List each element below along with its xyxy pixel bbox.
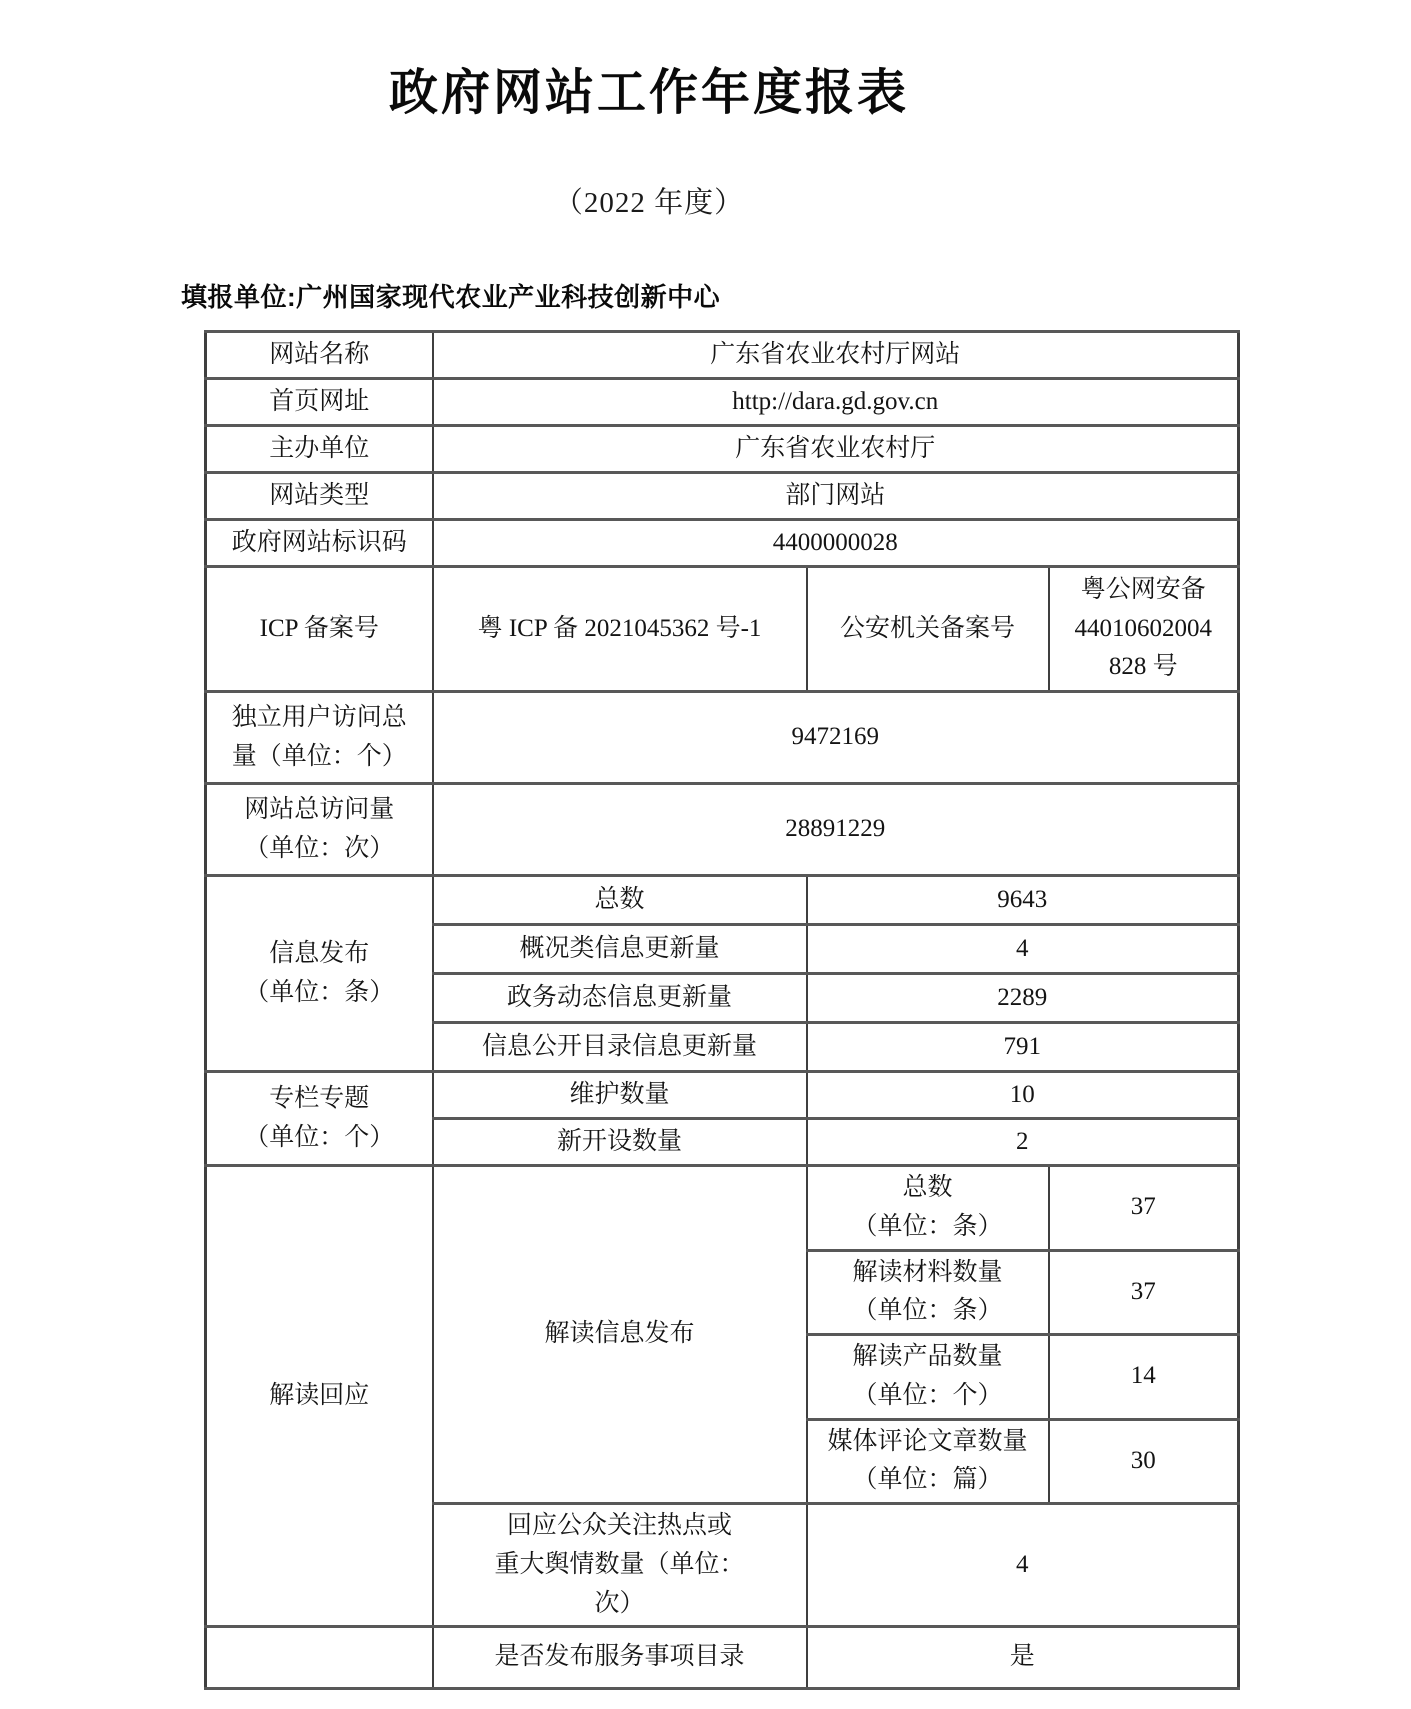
info-release-overview-label: 概况类信息更新量 [433,925,807,974]
home-url-value: http://dara.gd.gov.cn [433,379,1239,426]
info-release-gov-news-value: 2289 [807,974,1239,1023]
site-id-value: 4400000028 [433,520,1239,567]
empty-section-cell [206,1627,433,1689]
report-year-subtitle: （2022 年度） [0,180,1298,221]
row-site-id: 政府网站标识码 4400000028 [206,520,1239,567]
info-release-overview-value: 4 [807,925,1239,974]
hotspot-response-value: 4 [807,1504,1239,1627]
icp-label: ICP 备案号 [206,567,433,692]
columns-maintained-label: 维护数量 [433,1072,807,1119]
row-info-release-total: 信息发布（单位：条） 总数 9643 [206,876,1239,925]
special-columns-section-label: 专栏专题（单位：个） [206,1072,433,1166]
interpretation-media-label: 媒体评论文章数量（单位：篇） [807,1419,1049,1504]
columns-new-value: 2 [807,1119,1239,1166]
reporting-unit-label: 填报单位: [181,282,296,312]
reporting-unit-name: 广州国家现代农业产业科技创新中心 [296,282,720,312]
annual-report-table: 网站名称 广东省农业农村厅网站 首页网址 http://dara.gd.gov.… [204,330,1240,1690]
police-record-value: 粤公网安备44010602004828 号 [1049,567,1239,692]
document-page: 政府网站工作年度报表 （2022 年度） 填报单位:广州国家现代农业产业科技创新… [0,0,1411,1709]
row-home-url: 首页网址 http://dara.gd.gov.cn [206,379,1239,426]
info-release-total-value: 9643 [807,876,1239,925]
interpretation-total-value: 37 [1049,1166,1239,1251]
site-type-value: 部门网站 [433,473,1239,520]
info-release-directory-label: 信息公开目录信息更新量 [433,1023,807,1072]
interpretation-materials-value: 37 [1049,1250,1239,1335]
site-type-label: 网站类型 [206,473,433,520]
info-release-total-label: 总数 [433,876,807,925]
row-total-visits: 网站总访问量（单位：次） 28891229 [206,784,1239,876]
interpretation-subsection-label: 解读信息发布 [433,1166,807,1504]
info-release-section-label: 信息发布（单位：条） [206,876,433,1072]
columns-maintained-value: 10 [807,1072,1239,1119]
site-id-label: 政府网站标识码 [206,520,433,567]
interpretation-total-label: 总数（单位：条） [807,1166,1049,1251]
row-columns-maintained: 专栏专题（单位：个） 维护数量 10 [206,1072,1239,1119]
interpretation-products-label: 解读产品数量（单位：个） [807,1335,1049,1420]
interpretation-media-value: 30 [1049,1419,1239,1504]
total-visits-label: 网站总访问量（单位：次） [206,784,433,876]
site-name-label: 网站名称 [206,332,433,379]
row-unique-visitors: 独立用户访问总量（单位：个） 9472169 [206,692,1239,784]
sponsor-value: 广东省农业农村厅 [433,426,1239,473]
interpretation-section-label: 解读回应 [206,1166,433,1627]
service-directory-label: 是否发布服务事项目录 [433,1627,807,1689]
unique-visitors-label: 独立用户访问总量（单位：个） [206,692,433,784]
interpretation-materials-label: 解读材料数量（单位：条） [807,1250,1049,1335]
site-name-value: 广东省农业农村厅网站 [433,332,1239,379]
reporting-unit-line: 填报单位:广州国家现代农业产业科技创新中心 [181,277,720,314]
row-icp: ICP 备案号 粤 ICP 备 2021045362 号-1 公安机关备案号 粤… [206,567,1239,692]
row-site-name: 网站名称 广东省农业农村厅网站 [206,332,1239,379]
home-url-label: 首页网址 [206,379,433,426]
unique-visitors-value: 9472169 [433,692,1239,784]
total-visits-value: 28891229 [433,784,1239,876]
police-record-label: 公安机关备案号 [807,567,1049,692]
hotspot-response-label: 回应公众关注热点或重大舆情数量（单位：次） [433,1504,807,1627]
row-interpretation-total: 解读回应 解读信息发布 总数（单位：条） 37 [206,1166,1239,1251]
icp-value: 粤 ICP 备 2021045362 号-1 [433,567,807,692]
row-sponsor: 主办单位 广东省农业农村厅 [206,426,1239,473]
interpretation-products-value: 14 [1049,1335,1239,1420]
row-site-type: 网站类型 部门网站 [206,473,1239,520]
service-directory-value: 是 [807,1627,1239,1689]
page-title: 政府网站工作年度报表 [0,54,1298,124]
info-release-gov-news-label: 政务动态信息更新量 [433,974,807,1023]
sponsor-label: 主办单位 [206,426,433,473]
columns-new-label: 新开设数量 [433,1119,807,1166]
row-service-directory: 是否发布服务事项目录 是 [206,1627,1239,1689]
title-block: 政府网站工作年度报表 （2022 年度） [0,54,1298,221]
info-release-directory-value: 791 [807,1023,1239,1072]
